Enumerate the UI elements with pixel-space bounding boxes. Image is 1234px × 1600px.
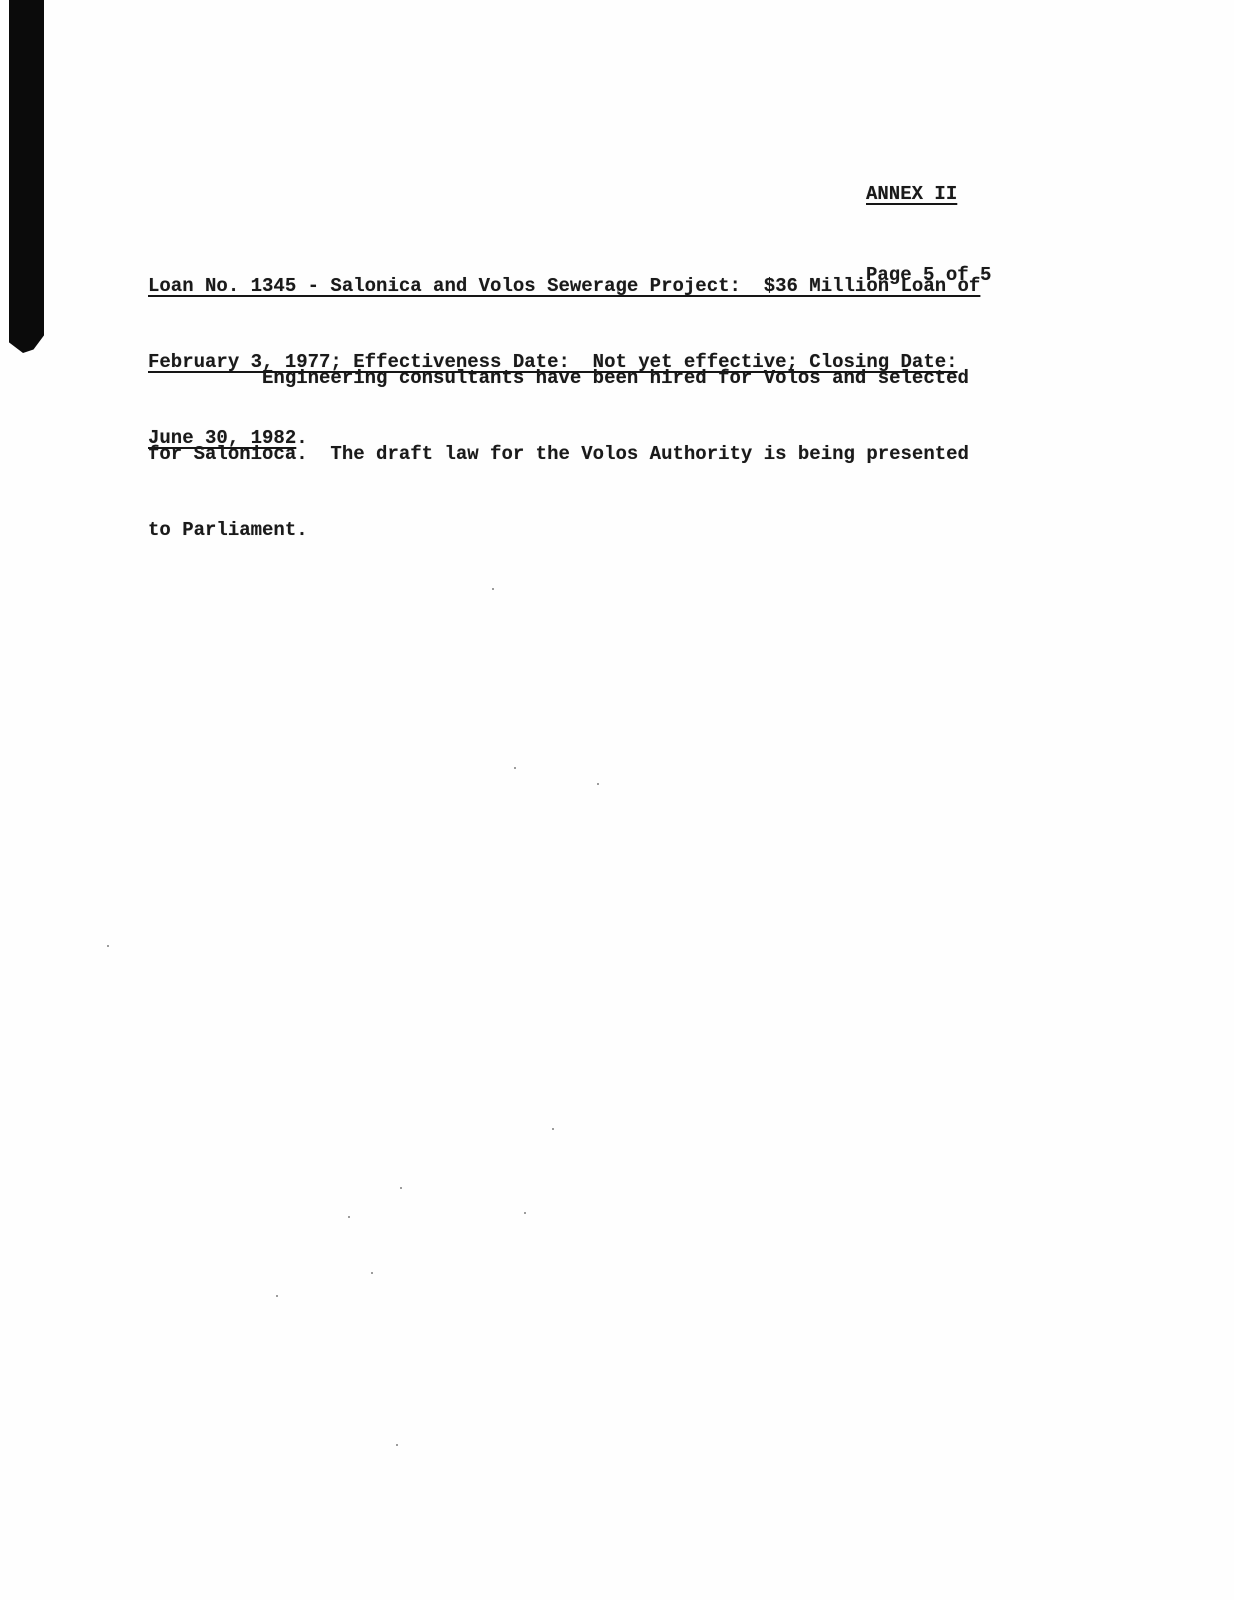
scan-speck (514, 767, 516, 769)
scan-speck (348, 1216, 350, 1218)
scan-speck (597, 783, 599, 785)
scan-speck (107, 945, 109, 947)
body-paragraph-line-3: to Parliament. (148, 518, 969, 543)
loan-heading-line-1: Loan No. 1345 - Salonica and Volos Sewer… (148, 274, 980, 299)
annex-title: ANNEX II (866, 181, 991, 208)
scan-speck (390, 284, 392, 286)
scan-speck (400, 1187, 402, 1189)
document-page: ANNEX II Page 5 of 5 Loan No. 1345 - Sal… (0, 0, 1234, 1600)
scan-artifact-bar (9, 0, 44, 353)
scan-speck (396, 1444, 398, 1446)
body-paragraph-line-2: for Salonioca. The draft law for the Vol… (148, 442, 969, 467)
scan-speck (371, 1272, 373, 1274)
scan-speck (552, 1128, 554, 1130)
scan-speck (276, 1295, 278, 1297)
body-paragraph: Engineering consultants have been hired … (148, 316, 969, 593)
scan-speck (524, 1212, 526, 1214)
body-paragraph-line-1: Engineering consultants have been hired … (148, 366, 969, 391)
scan-speck (492, 588, 494, 590)
scan-speck (617, 290, 619, 292)
